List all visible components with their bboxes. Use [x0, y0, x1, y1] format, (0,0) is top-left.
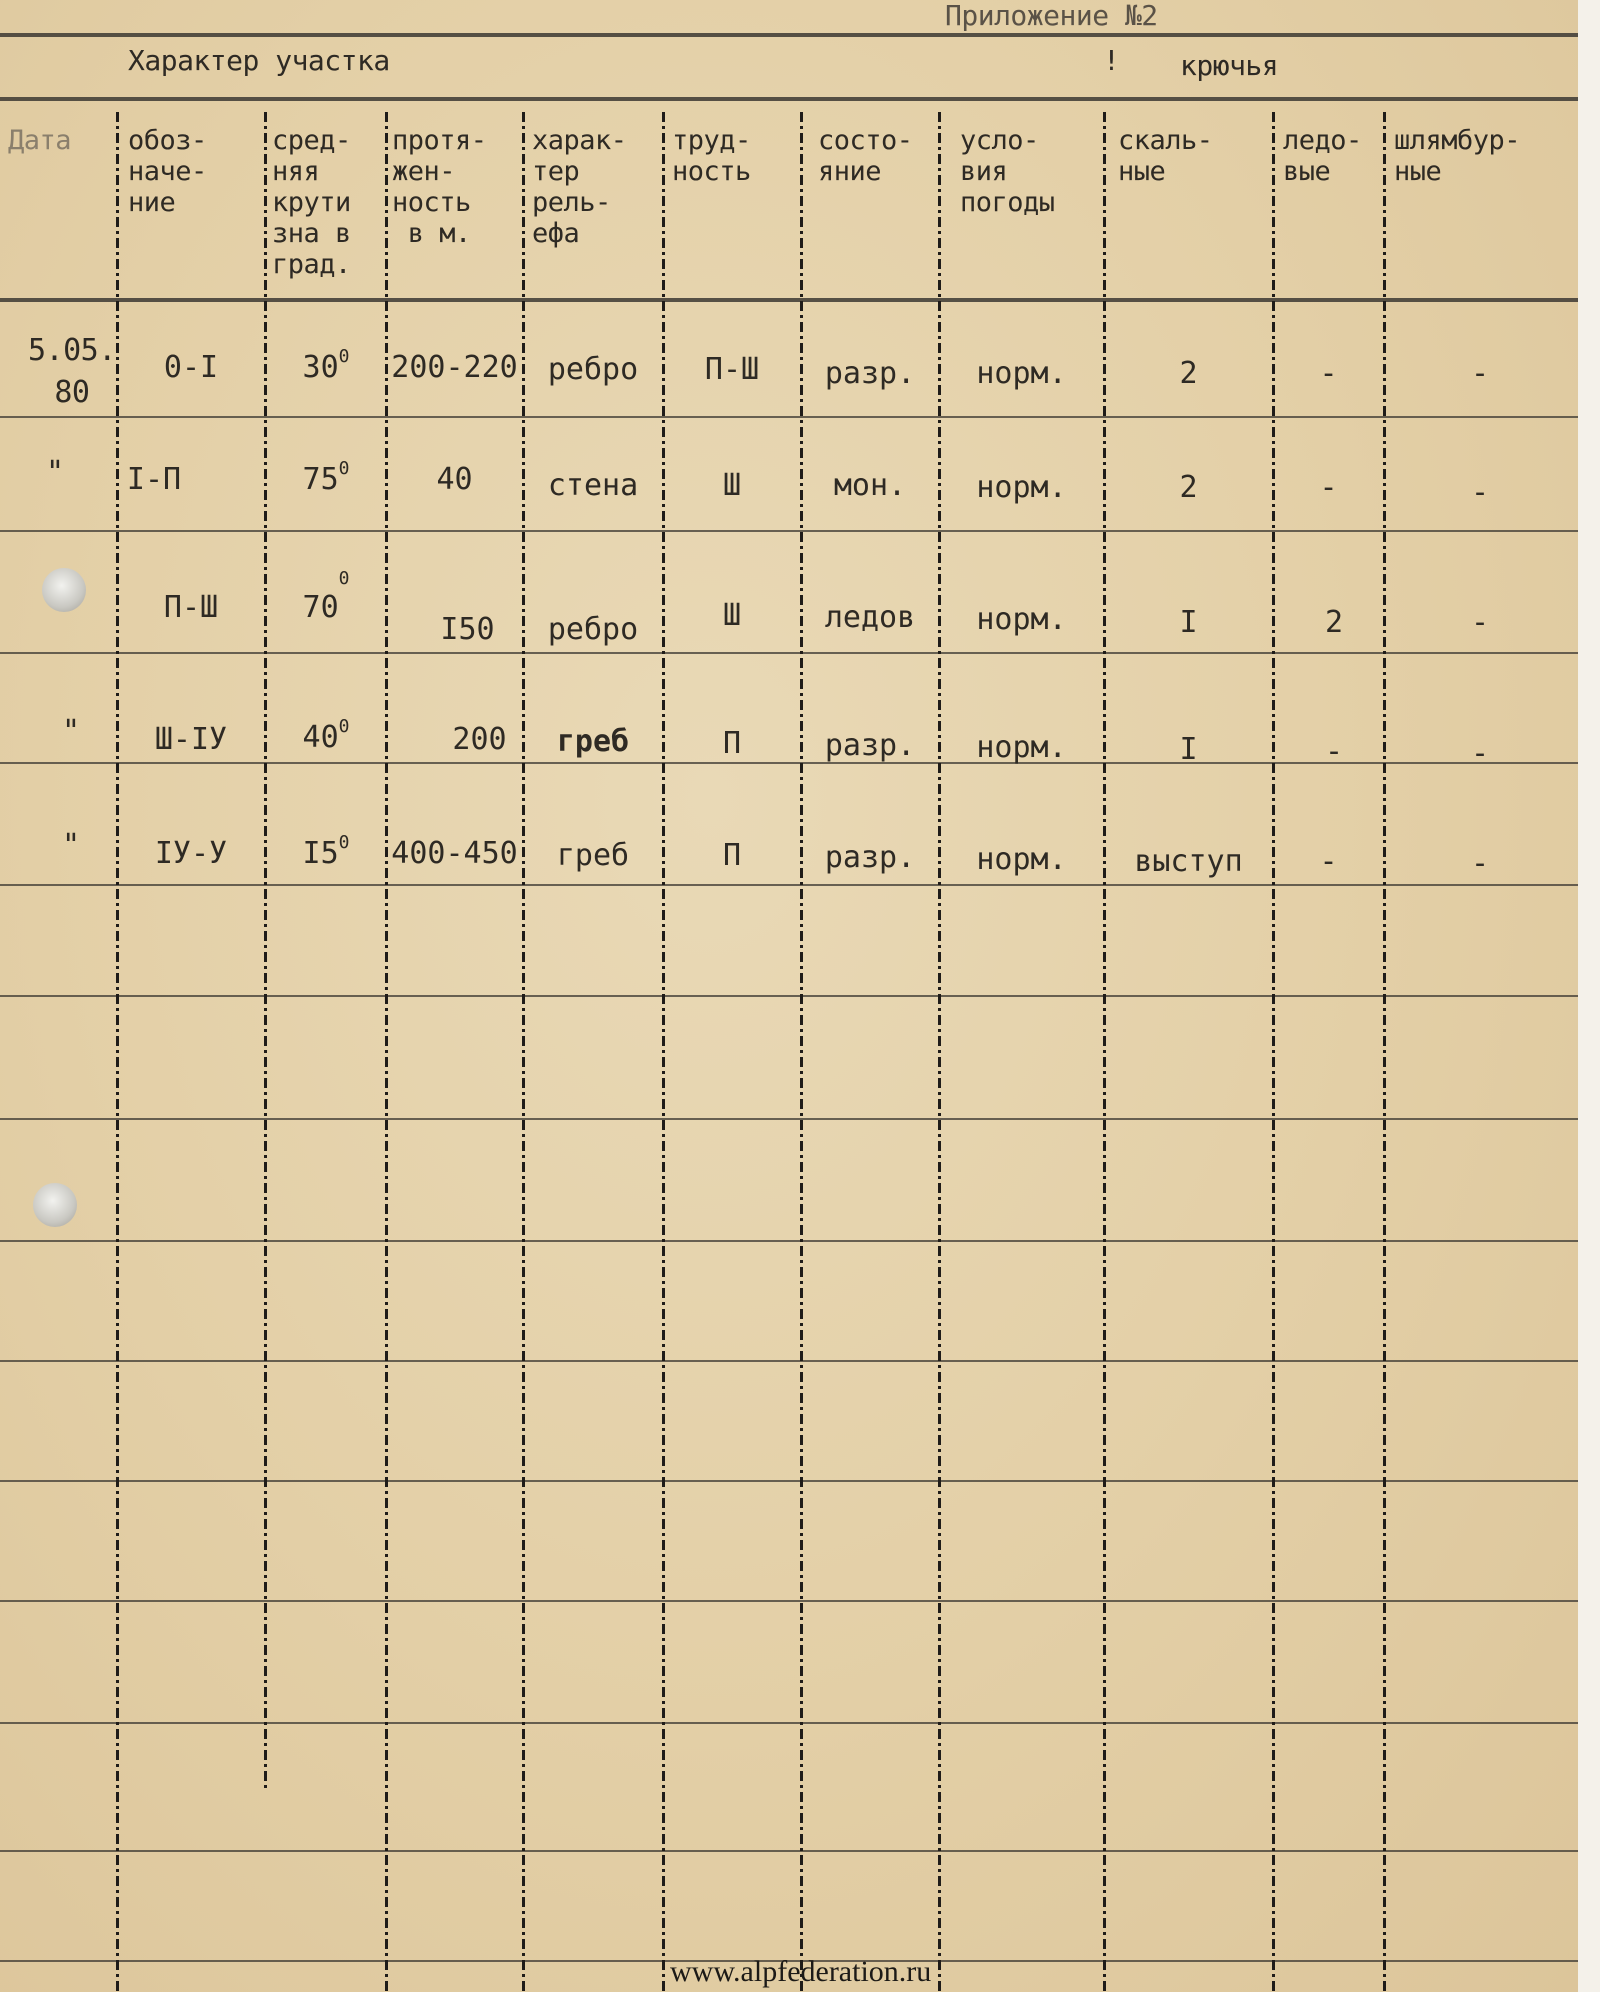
cell-designation: Ш-IУ — [118, 722, 264, 757]
cell-date: " — [36, 828, 106, 863]
cell-designation: IУ-У — [118, 836, 264, 871]
cell-difficulty: Ш — [664, 468, 800, 503]
cell-designation: I-П — [118, 462, 190, 497]
row-rule — [0, 1850, 1578, 1852]
column-separator — [1383, 112, 1386, 1992]
cell-length: 40 — [387, 462, 522, 497]
degree-sign: 0 — [339, 568, 350, 589]
row-rule — [0, 1722, 1578, 1724]
cell-weather: норм. — [940, 470, 1103, 505]
cell-bolt-hooks: - — [1385, 846, 1575, 881]
row-rule — [0, 1600, 1578, 1602]
rule-header-top — [0, 97, 1578, 101]
row-rule — [0, 1360, 1578, 1362]
cell-condition: разр. — [802, 356, 938, 391]
row-rule — [0, 1240, 1578, 1242]
cell-condition: мон. — [802, 468, 938, 503]
cell-date: " — [20, 455, 90, 490]
cell-weather: норм. — [940, 730, 1103, 765]
cell-ice-hooks: - — [1274, 844, 1383, 879]
cell-steepness: I50 — [266, 836, 386, 871]
cell-condition: ледов — [802, 600, 938, 635]
section-title: Характер участка — [128, 45, 390, 76]
column-header-length: протя- жен- ность в м. — [392, 125, 487, 249]
hooks-group-divider: ! — [1103, 45, 1119, 76]
cell-ice-hooks: - — [1274, 734, 1394, 769]
column-separator — [662, 112, 665, 1992]
cell-rock-hooks: 2 — [1105, 356, 1272, 391]
appendix-label: Приложение №2 — [945, 0, 1158, 31]
row-rule — [0, 652, 1578, 654]
degree-sign: 0 — [339, 716, 350, 737]
column-header-weather: усло- вия погоды — [960, 125, 1055, 218]
column-separator — [1272, 112, 1275, 1992]
column-header-difficulty: труд- ность — [672, 125, 751, 187]
footer-watermark: www.alpfederation.ru — [670, 1955, 931, 1989]
row-rule — [0, 995, 1578, 997]
cell-length: I50 — [400, 612, 535, 647]
cell-ice-hooks: - — [1274, 356, 1383, 391]
cell-steepness: 400 — [266, 720, 386, 755]
column-header-bolt-hooks: шлямбур- ные — [1394, 125, 1520, 187]
cell-difficulty: П — [664, 838, 800, 873]
cell-steepness: 300 — [266, 350, 386, 385]
cell-difficulty: Ш — [664, 598, 800, 633]
column-header-designation: обоз- наче- ние — [128, 125, 207, 218]
cell-bolt-hooks: - — [1385, 736, 1575, 771]
column-header-ice-hooks: ледо- вые — [1283, 125, 1362, 187]
cell-bolt-hooks: - — [1385, 605, 1575, 640]
hooks-group-title: крючья — [1180, 50, 1278, 81]
row-rule — [0, 416, 1578, 418]
column-separator — [116, 112, 119, 1992]
cell-length: 200-220 — [387, 350, 522, 385]
column-separator — [938, 112, 941, 1992]
page-edge — [1578, 0, 1600, 1992]
row-rule — [0, 1118, 1578, 1120]
cell-designation: П-Ш — [118, 590, 264, 625]
cell-difficulty: П — [664, 726, 800, 761]
column-header-steepness: сред- няя крути зна в град. — [272, 125, 351, 280]
cell-condition: разр. — [802, 728, 938, 763]
cell-rock-hooks: I — [1105, 732, 1272, 767]
row-rule — [0, 530, 1578, 532]
cell-ice-hooks: 2 — [1274, 605, 1394, 640]
cell-relief: греб — [524, 838, 662, 873]
cell-rock-hooks: I — [1105, 605, 1272, 640]
cell-weather: норм. — [940, 842, 1103, 877]
cell-rock-hooks: выступ — [1105, 844, 1272, 879]
column-separator — [800, 112, 803, 1992]
cell-ice-hooks: - — [1274, 470, 1383, 505]
column-separator — [522, 112, 525, 1992]
cell-difficulty: П-Ш — [664, 352, 800, 387]
cell-designation: 0-I — [118, 350, 264, 385]
cell-relief: ребро — [524, 352, 662, 387]
cell-bolt-hooks: - — [1385, 475, 1575, 510]
cell-date: 5.05. 80 — [28, 330, 116, 414]
cell-steepness: 700 — [266, 590, 386, 625]
cell-rock-hooks: 2 — [1105, 470, 1272, 505]
column-header-date: Дата — [8, 125, 71, 156]
cell-weather: норм. — [940, 356, 1103, 391]
cell-bolt-hooks: - — [1385, 356, 1575, 391]
cell-relief: греб — [524, 724, 662, 759]
cell-date: " — [36, 714, 106, 749]
degree-sign: 0 — [339, 458, 350, 479]
cell-relief: ребро — [524, 612, 662, 647]
row-rule — [0, 1480, 1578, 1482]
cell-relief: стена — [524, 468, 662, 503]
degree-sign: 0 — [339, 832, 350, 853]
cell-steepness: 750 — [266, 462, 386, 497]
cell-condition: разр. — [802, 840, 938, 875]
column-separator — [385, 112, 388, 1992]
column-header-condition: состо- яние — [818, 125, 913, 187]
column-header-relief: харак- тер рель- ефа — [532, 125, 627, 249]
punch-hole — [33, 1183, 77, 1227]
rule-header-bottom — [0, 298, 1578, 302]
cell-length: 400-450 — [387, 836, 522, 871]
degree-sign: 0 — [339, 346, 350, 367]
row-rule — [0, 884, 1578, 886]
cell-weather: норм. — [940, 602, 1103, 637]
punch-hole — [42, 568, 86, 612]
rule-top — [0, 33, 1578, 37]
column-separator — [1103, 112, 1106, 1992]
column-header-rock-hooks: скаль- ные — [1118, 125, 1213, 187]
